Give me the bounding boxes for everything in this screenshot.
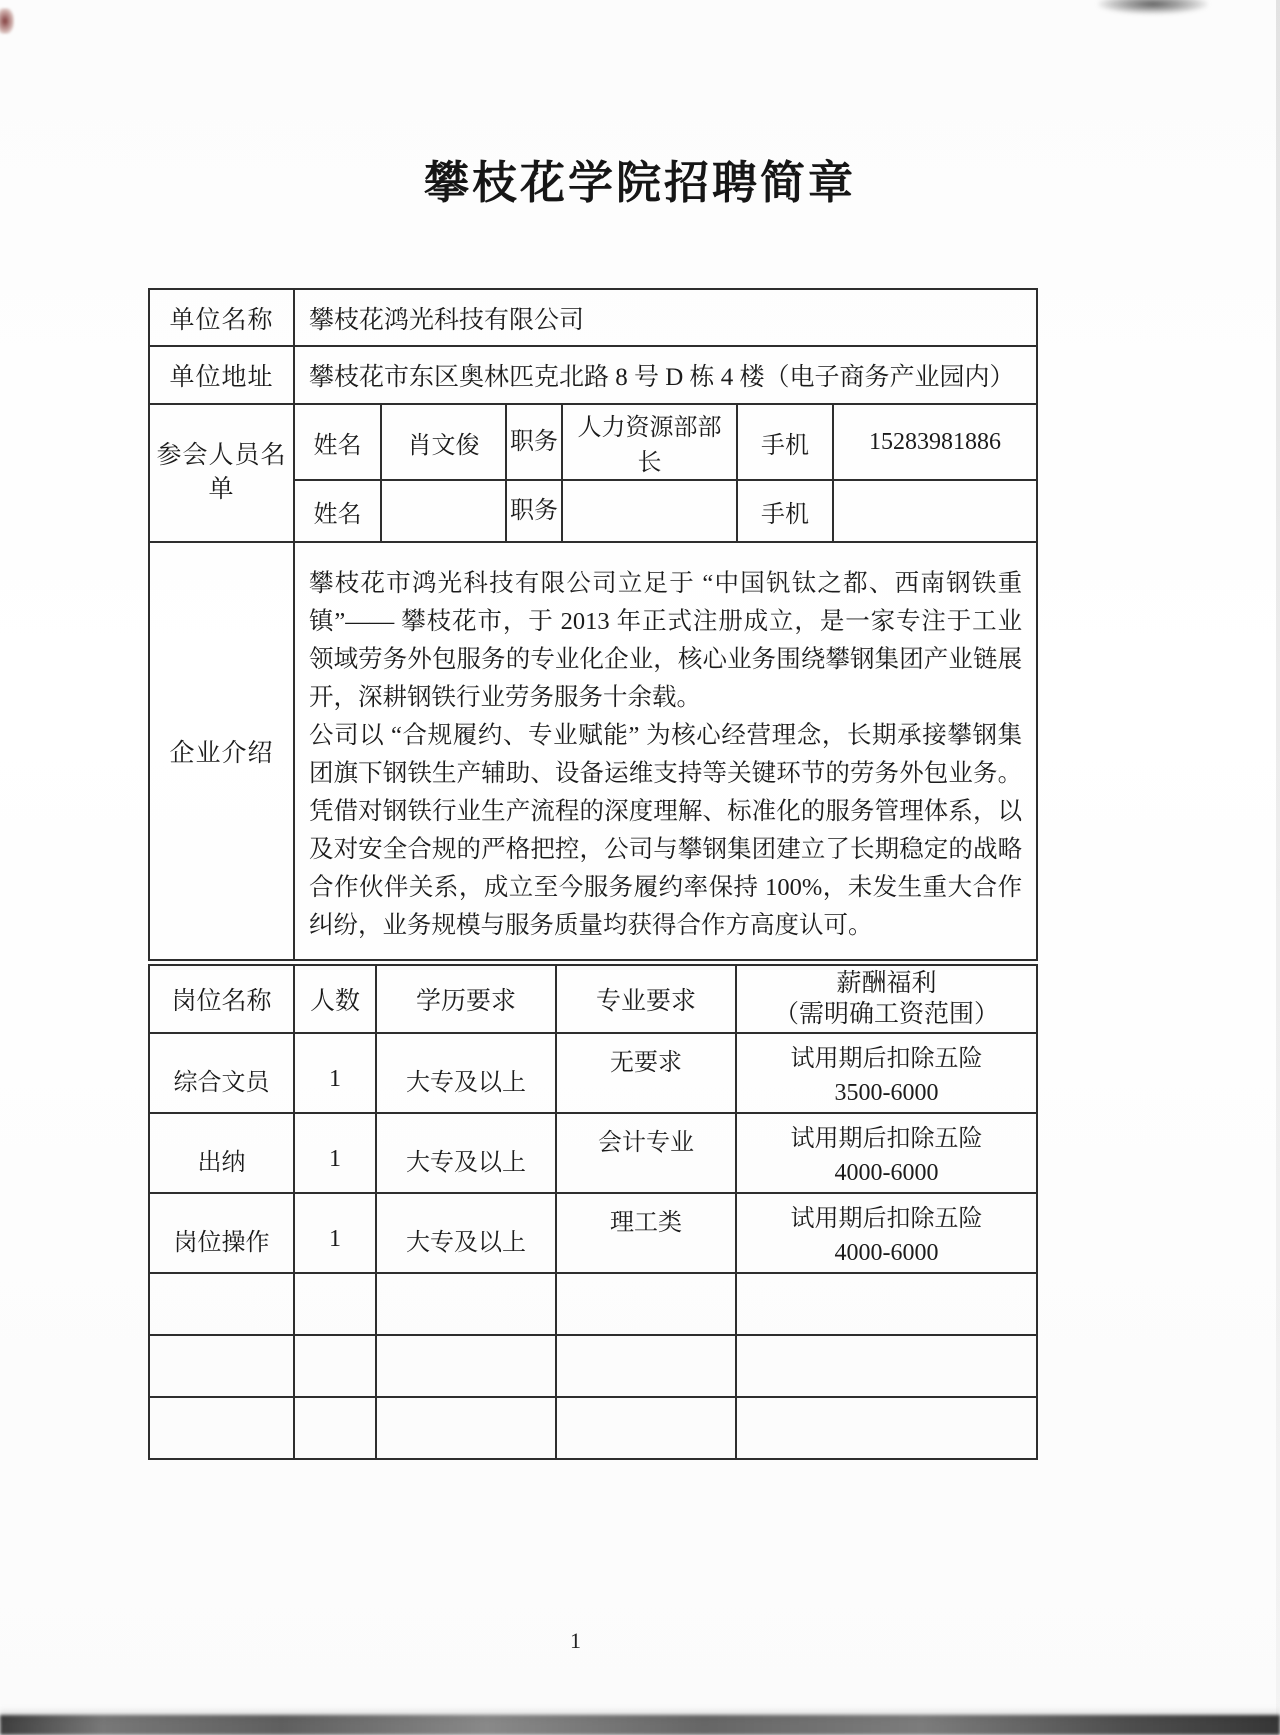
empty-cell	[376, 1397, 556, 1459]
empty-cell	[376, 1335, 556, 1397]
job1-education: 大专及以上	[376, 1033, 556, 1113]
job1-position: 综合文员	[149, 1033, 294, 1113]
job-row: 出纳 1 大专及以上 会计专业 试用期后扣除五险 4000-6000	[149, 1113, 1037, 1193]
scan-artifact-right-edge	[1276, 0, 1280, 1735]
attendee1-phone: 15283981886	[833, 404, 1037, 480]
job3-count: 1	[294, 1193, 376, 1273]
attendee1-title-label: 职务	[506, 404, 562, 480]
empty-job-row	[149, 1335, 1037, 1397]
empty-cell	[736, 1335, 1037, 1397]
job2-position: 出纳	[149, 1113, 294, 1193]
attendee2-title	[562, 480, 737, 542]
header-major: 专业要求	[556, 965, 736, 1033]
company-info-table: 单位名称 攀枝花鸿光科技有限公司 单位地址 攀枝花市东区奥林匹克北路 8 号 D…	[148, 288, 1038, 961]
empty-cell	[376, 1273, 556, 1335]
job1-salary-line1: 试用期后扣除五险	[741, 1042, 1032, 1076]
job2-count: 1	[294, 1113, 376, 1193]
company-intro-paragraph-1: 攀枝花市鸿光科技有限公司立足于 “中国钒钛之都、西南钢铁重镇”—— 攀枝花市，于…	[309, 565, 1022, 717]
scan-artifact-top-left	[0, 8, 14, 34]
empty-cell	[294, 1335, 376, 1397]
jobs-header-row: 岗位名称 人数 学历要求 专业要求 薪酬福利 （需明确工资范围）	[149, 965, 1037, 1033]
unit-address-label: 单位地址	[149, 346, 294, 404]
header-salary: 薪酬福利 （需明确工资范围）	[736, 965, 1037, 1033]
company-intro-content: 攀枝花市鸿光科技有限公司立足于 “中国钒钛之都、西南钢铁重镇”—— 攀枝花市，于…	[294, 542, 1037, 960]
table-row: 单位名称 攀枝花鸿光科技有限公司	[149, 289, 1037, 346]
scan-artifact-bottom-band	[0, 1715, 1280, 1735]
header-position: 岗位名称	[149, 965, 294, 1033]
attendee1-name: 肖文俊	[381, 404, 506, 480]
job-positions-table: 岗位名称 人数 学历要求 专业要求 薪酬福利 （需明确工资范围） 综合文员 1 …	[148, 964, 1038, 1460]
job1-salary: 试用期后扣除五险 3500-6000	[736, 1033, 1037, 1113]
empty-cell	[149, 1397, 294, 1459]
job2-major: 会计专业	[556, 1113, 736, 1193]
job3-salary-line2: 4000-6000	[741, 1236, 1032, 1270]
job-row: 岗位操作 1 大专及以上 理工类 试用期后扣除五险 4000-6000	[149, 1193, 1037, 1273]
empty-cell	[149, 1273, 294, 1335]
empty-cell	[736, 1397, 1037, 1459]
company-intro-paragraph-2: 公司以 “合规履约、专业赋能” 为核心经营理念，长期承接攀钢集团旗下钢铁生产辅助…	[309, 717, 1022, 945]
job1-count: 1	[294, 1033, 376, 1113]
job2-education: 大专及以上	[376, 1113, 556, 1193]
attendee2-name-label: 姓名	[294, 480, 381, 542]
attendee2-phone	[833, 480, 1037, 542]
page-title: 攀枝花学院招聘简章	[0, 146, 1280, 211]
table-row: 单位地址 攀枝花市东区奥林匹克北路 8 号 D 栋 4 楼（电子商务产业园内）	[149, 346, 1037, 404]
scan-artifact-top-right	[1098, 0, 1208, 14]
attendees-label: 参会人员名单	[149, 404, 294, 542]
job2-salary: 试用期后扣除五险 4000-6000	[736, 1113, 1037, 1193]
job3-salary: 试用期后扣除五险 4000-6000	[736, 1193, 1037, 1273]
unit-name-label: 单位名称	[149, 289, 294, 346]
job2-salary-line2: 4000-6000	[741, 1156, 1032, 1190]
attendee1-name-label: 姓名	[294, 404, 381, 480]
attendee1-phone-label: 手机	[737, 404, 833, 480]
attendee2-phone-label: 手机	[737, 480, 833, 542]
company-intro-label: 企业介绍	[149, 542, 294, 960]
unit-name-value: 攀枝花鸿光科技有限公司	[294, 289, 1037, 346]
attendee2-name	[381, 480, 506, 542]
header-salary-line2: （需明确工资范围）	[741, 999, 1032, 1030]
empty-cell	[736, 1273, 1037, 1335]
table-row: 参会人员名单 姓名 肖文俊 职务 人力资源部部长 手机 15283981886	[149, 404, 1037, 480]
empty-cell	[556, 1397, 736, 1459]
attendee1-title: 人力资源部部长	[562, 404, 737, 480]
empty-cell	[556, 1335, 736, 1397]
job3-major: 理工类	[556, 1193, 736, 1273]
job1-salary-line2: 3500-6000	[741, 1076, 1032, 1110]
header-education: 学历要求	[376, 965, 556, 1033]
empty-job-row	[149, 1273, 1037, 1335]
job3-education: 大专及以上	[376, 1193, 556, 1273]
job2-salary-line1: 试用期后扣除五险	[741, 1122, 1032, 1156]
attendee2-title-label: 职务	[506, 480, 562, 542]
empty-cell	[294, 1397, 376, 1459]
empty-cell	[556, 1273, 736, 1335]
empty-cell	[149, 1335, 294, 1397]
header-salary-line1: 薪酬福利	[741, 968, 1032, 999]
empty-cell	[294, 1273, 376, 1335]
unit-address-value: 攀枝花市东区奥林匹克北路 8 号 D 栋 4 楼（电子商务产业园内）	[294, 346, 1037, 404]
table-row: 企业介绍 攀枝花市鸿光科技有限公司立足于 “中国钒钛之都、西南钢铁重镇”—— 攀…	[149, 542, 1037, 960]
job1-major: 无要求	[556, 1033, 736, 1113]
job-row: 综合文员 1 大专及以上 无要求 试用期后扣除五险 3500-6000	[149, 1033, 1037, 1113]
job3-salary-line1: 试用期后扣除五险	[741, 1202, 1032, 1236]
empty-job-row	[149, 1397, 1037, 1459]
job3-position: 岗位操作	[149, 1193, 294, 1273]
page-number: 1	[570, 1628, 581, 1654]
header-count: 人数	[294, 965, 376, 1033]
